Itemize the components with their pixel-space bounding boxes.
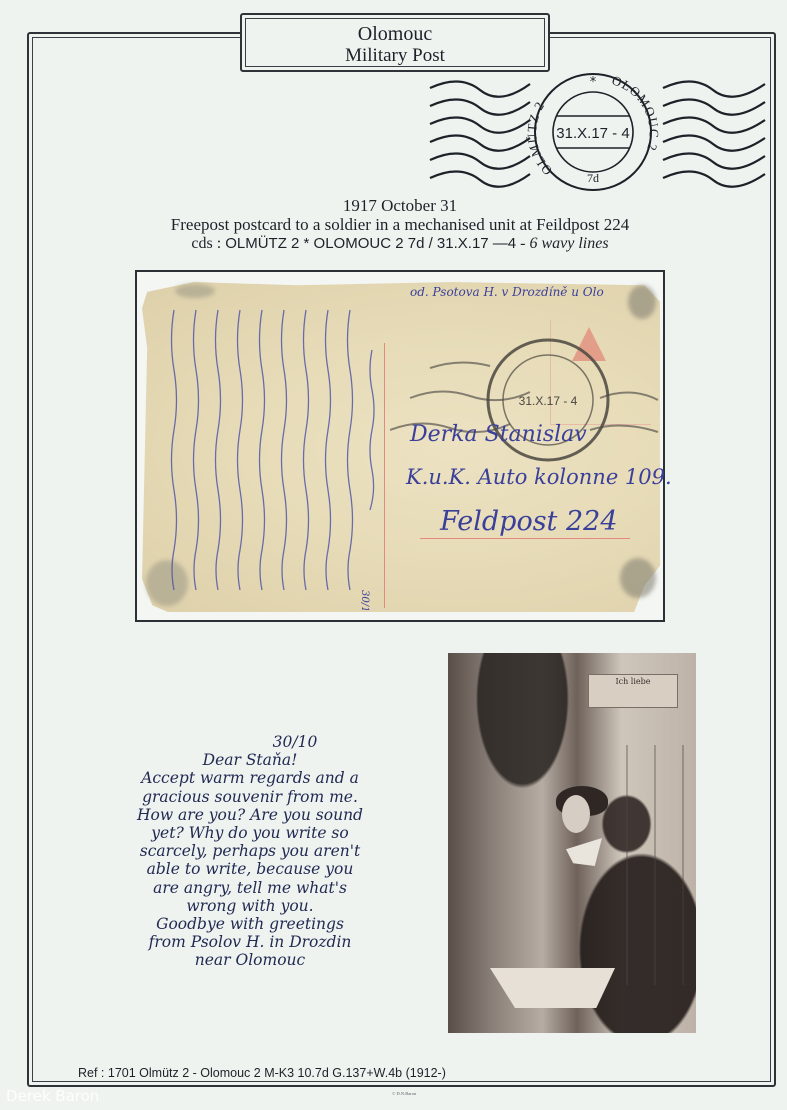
svg-text:31.X.17 - 4: 31.X.17 - 4	[519, 394, 578, 408]
copyright: © D.N.Baron	[392, 1091, 416, 1096]
reference-line: Ref : 1701 Olmütz 2 - Olomouc 2 M-K3 10.…	[78, 1066, 446, 1080]
translation-line: Dear Staňa!	[110, 751, 390, 769]
svg-text:31.X.17 - 4: 31.X.17 - 4	[556, 125, 629, 142]
translation-line: scarcely, perhaps you aren't	[110, 842, 390, 860]
photo-wall-panels	[600, 745, 692, 985]
translation-line: from Psolov H. in Drozdin	[110, 933, 390, 951]
translation-line: yet? Why do you write so	[110, 824, 390, 842]
recipient-unit: K.u.K. Auto kolonne 109.	[406, 465, 672, 489]
caption-description: Freepost postcard to a soldier in a mech…	[130, 215, 670, 234]
svg-text:OLMÜTZ 2: OLMÜTZ 2	[524, 98, 555, 178]
card-divider-line	[384, 343, 385, 608]
stain	[628, 285, 656, 319]
translation-line: are angry, tell me what's	[110, 879, 390, 897]
page-subtitle: Military Post	[246, 45, 544, 66]
sender-line: od. Psotova H. v Drozdíně u Olo	[410, 285, 604, 299]
translation-line: near Olomouc	[110, 951, 390, 969]
translation-line: wrong with you.	[110, 897, 390, 915]
svg-text:30/10: 30/10	[359, 590, 370, 610]
watermark: Derek Baron	[6, 1087, 99, 1105]
wavy-lines-right	[663, 81, 765, 186]
stain	[620, 558, 656, 598]
cancellation-illustration: OLMÜTZ 2 OLOMOUC 2 * 31.X.17 - 4 7d	[425, 70, 785, 200]
translation-line: Goodbye with greetings	[110, 915, 390, 933]
caption-date: 1917 October 31	[130, 196, 670, 215]
postmark-circle: OLMÜTZ 2 OLOMOUC 2 * 31.X.17 - 4 7d	[524, 72, 662, 190]
photo-sign: Ich liebe	[588, 674, 678, 708]
recipient-name: Derka Stanislav	[410, 422, 587, 447]
svg-text:*: *	[590, 75, 597, 90]
page-title: Olomouc	[246, 23, 544, 45]
translation-line: able to write, because you	[110, 860, 390, 878]
translation-date: 30/10	[110, 733, 390, 751]
translation-line: gracious souvenir from me.	[110, 788, 390, 806]
feldpost-underline	[420, 538, 630, 539]
caption-cds: cds : OLMÜTZ 2 * OLOMOUC 2 7d / 31.X.17 …	[130, 234, 670, 253]
translation-line: How are you? Are you sound	[110, 806, 390, 824]
recipient-feldpost: Feldpost 224	[440, 506, 618, 537]
translation-line: Accept warm regards and a	[110, 769, 390, 787]
title-box: Olomouc Military Post	[240, 13, 550, 72]
message-translation: 30/10 Dear Staňa! Accept warm regards an…	[110, 733, 390, 970]
caption: 1917 October 31 Freepost postcard to a s…	[130, 196, 670, 253]
wavy-lines-left	[430, 81, 530, 186]
handwritten-message: 30/10	[150, 290, 380, 610]
photo-woman-face	[562, 795, 590, 833]
card-postmark: 31.X.17 - 4	[478, 330, 618, 470]
svg-text:7d: 7d	[587, 171, 599, 185]
